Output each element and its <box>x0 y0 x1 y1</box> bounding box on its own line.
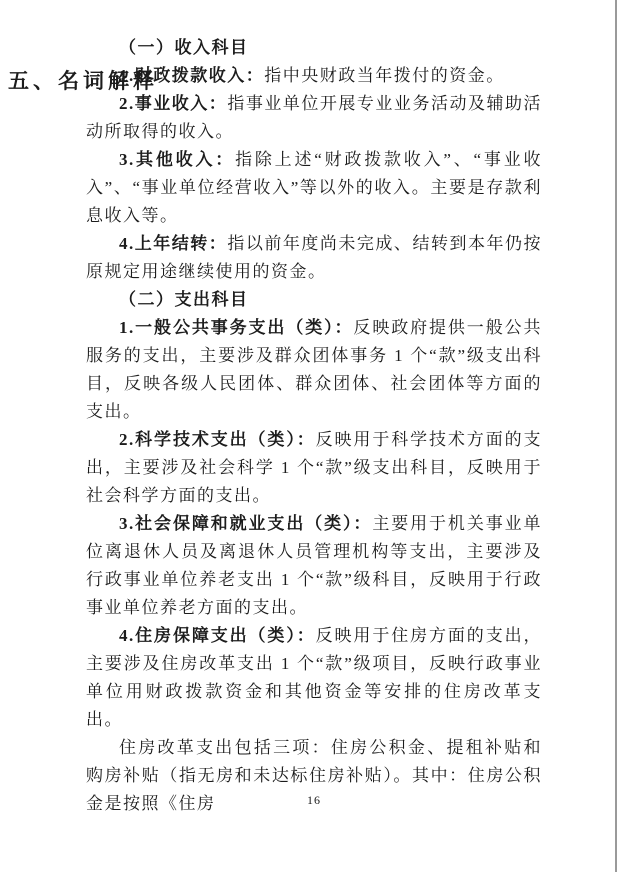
section-heading: （一）收入科目 <box>86 34 542 62</box>
definition-item: 4.住房保障支出（类）：反映用于住房方面的支出，主要涉及住房改革支出 1 个“款… <box>86 622 542 734</box>
term-label: 3.社会保障和就业支出（类）： <box>119 514 372 533</box>
section-heading: （二）支出科目 <box>86 286 542 314</box>
document-body: （一）收入科目1.财政拨款收入：指中央财政当年拨付的资金。2.事业收入：指事业单… <box>86 34 542 818</box>
definition-item: 2.事业收入：指事业单位开展专业业务活动及辅助活动所取得的收入。 <box>86 90 542 146</box>
term-label: 1.财政拨款收入： <box>119 66 264 85</box>
definition-item: 1.一般公共事务支出（类）：反映政府提供一般公共服务的支出，主要涉及群众团体事务… <box>86 314 542 426</box>
document-content: （一）收入科目1.财政拨款收入：指中央财政当年拨付的资金。2.事业收入：指事业单… <box>86 0 542 818</box>
definition-item: 3.社会保障和就业支出（类）：主要用于机关事业单位离退休人员及离退休人员管理机构… <box>86 510 542 622</box>
definition-item: 3.其他收入：指除上述“财政拨款收入”、“事业收入”、“事业单位经营收入”等以外… <box>86 146 542 230</box>
definition-item: 4.上年结转：指以前年度尚未完成、结转到本年仍按原规定用途继续使用的资金。 <box>86 230 542 286</box>
document-page: 五、名词解释 （一）收入科目1.财政拨款收入：指中央财政当年拨付的资金。2.事业… <box>0 0 623 872</box>
term-label: 3.其他收入： <box>119 150 235 169</box>
definition-item: 2.科学技术支出（类）：反映用于科学技术方面的支出，主要涉及社会科学 1 个“款… <box>86 426 542 510</box>
page-edge-line <box>615 0 617 872</box>
page-number: 16 <box>86 793 542 808</box>
definition-item: 1.财政拨款收入：指中央财政当年拨付的资金。 <box>86 62 542 90</box>
term-label: 4.上年结转： <box>119 234 227 253</box>
term-label: 2.事业收入： <box>119 94 227 113</box>
term-label: 1.一般公共事务支出（类）： <box>119 318 353 337</box>
term-label: 2.科学技术支出（类）： <box>119 430 316 449</box>
term-label: 4.住房保障支出（类）： <box>119 626 316 645</box>
